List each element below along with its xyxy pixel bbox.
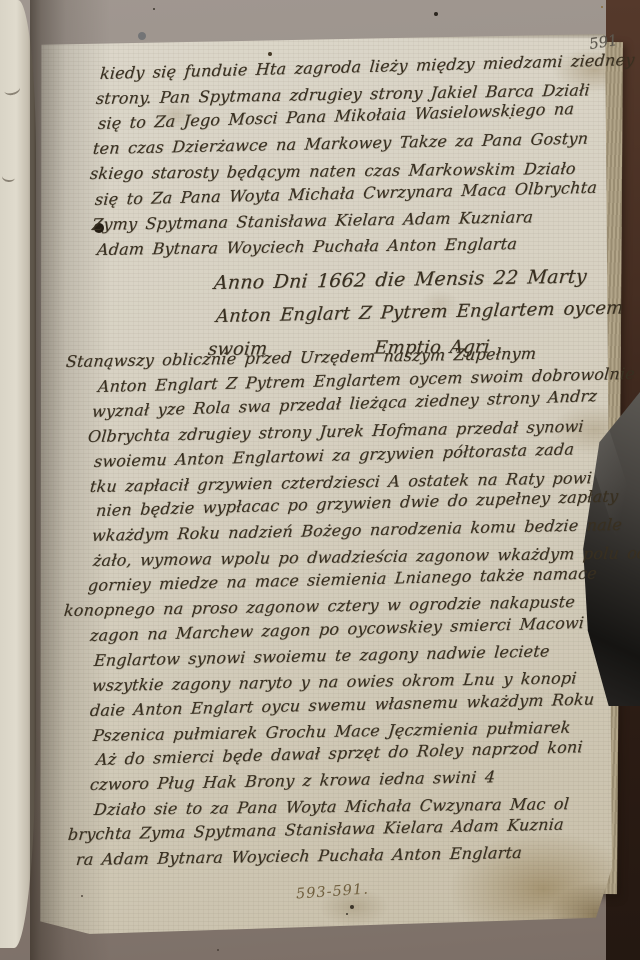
ink-specks [0, 0, 4, 4]
manuscript-photo: kiedy się funduie Hta zagroda lieży międ… [0, 0, 640, 960]
ink-showthrough-mark [3, 82, 21, 97]
ink-showthrough-mark [1, 171, 15, 183]
previous-page-edge [0, 0, 36, 948]
paper-texture [38, 34, 612, 934]
manuscript-page [38, 34, 612, 934]
